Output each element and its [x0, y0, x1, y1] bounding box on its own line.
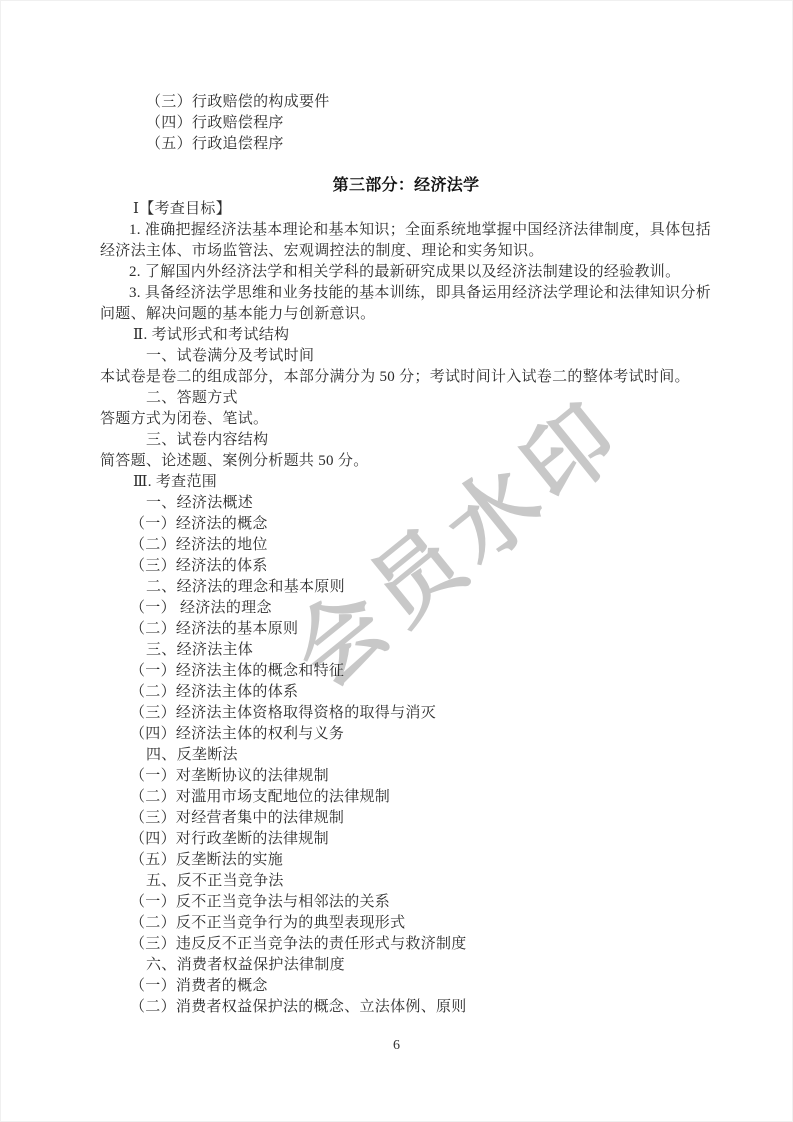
- document-line: （四）行政赔偿程序: [100, 113, 712, 134]
- document-line: （二）经济法的地位: [100, 535, 712, 556]
- document-line: （三）违反反不正当竞争法的责任形式与救济制度: [100, 934, 712, 955]
- document-line: （三）对经营者集中的法律规制: [100, 808, 712, 829]
- document-line: 五、反不正当竞争法: [100, 871, 712, 892]
- document-line: 1. 准确把握经济法基本理论和基本知识；全面系统地掌握中国经济法律制度，具体包括: [100, 220, 712, 241]
- document-line: 三、经济法主体: [100, 640, 712, 661]
- document-line: Ⅲ. 考查范围: [100, 472, 712, 493]
- document-line: （二）反不正当竞争行为的典型表现形式: [100, 913, 712, 934]
- document-line: 问题、解决问题的基本能力与创新意识。: [100, 304, 712, 325]
- document-line: 四、反垄断法: [100, 745, 712, 766]
- document-line: 经济法主体、市场监管法、宏观调控法的制度、理论和实务知识。: [100, 241, 712, 262]
- document-line: 本试卷是卷二的组成部分，本部分满分为 50 分；考试时间计入试卷二的整体考试时间…: [100, 367, 712, 388]
- document-line: （三）经济法的体系: [100, 556, 712, 577]
- document-line: 六、消费者权益保护法律制度: [100, 955, 712, 976]
- document-line: （四）对行政垄断的法律规制: [100, 829, 712, 850]
- document-line: （二）对滥用市场支配地位的法律规制: [100, 787, 712, 808]
- page-number: 6: [0, 1038, 793, 1054]
- document-content: （三）行政赔偿的构成要件（四）行政赔偿程序（五）行政追偿程序第三部分：经济法学Ⅰ…: [100, 92, 712, 1018]
- document-line: 3. 具备经济法学思维和业务技能的基本训练，即具备运用经济法学理论和法律知识分析: [100, 283, 712, 304]
- pdf-page: 会员水印 （三）行政赔偿的构成要件（四）行政赔偿程序（五）行政追偿程序第三部分：…: [0, 0, 793, 1122]
- document-line: 简答题、论述题、案例分析题共 50 分。: [100, 451, 712, 472]
- document-line: Ⅰ【考查目标】: [100, 199, 712, 220]
- document-lines: （三）行政赔偿的构成要件（四）行政赔偿程序（五）行政追偿程序第三部分：经济法学Ⅰ…: [100, 92, 712, 1018]
- document-line: 二、经济法的理念和基本原则: [100, 577, 712, 598]
- document-line: （一）经济法主体的概念和特征: [100, 661, 712, 682]
- document-line: （一）反不正当竞争法与相邻法的关系: [100, 892, 712, 913]
- document-line: 二、答题方式: [100, 388, 712, 409]
- document-line: 2. 了解国内外经济法学和相关学科的最新研究成果以及经济法制建设的经验教训。: [100, 262, 712, 283]
- document-line: 答题方式为闭卷、笔试。: [100, 409, 712, 430]
- document-line: （一） 经济法的理念: [100, 598, 712, 619]
- document-line: （二）消费者权益保护法的概念、立法体例、原则: [100, 997, 712, 1018]
- document-line: 三、试卷内容结构: [100, 430, 712, 451]
- document-line: （五）反垄断法的实施: [100, 850, 712, 871]
- document-line: （二）经济法主体的体系: [100, 682, 712, 703]
- document-line: （一）经济法的概念: [100, 514, 712, 535]
- document-line: 一、试卷满分及考试时间: [100, 346, 712, 367]
- document-line: （三）行政赔偿的构成要件: [100, 92, 712, 113]
- document-line: Ⅱ. 考试形式和考试结构: [100, 325, 712, 346]
- document-line: （四）经济法主体的权利与义务: [100, 724, 712, 745]
- document-line: （一）对垄断协议的法律规制: [100, 766, 712, 787]
- document-line: （三）经济法主体资格取得资格的取得与消灭: [100, 703, 712, 724]
- document-line: （二）经济法的基本原则: [100, 619, 712, 640]
- document-line: （五）行政追偿程序: [100, 134, 712, 155]
- part-title: 第三部分：经济法学: [100, 175, 712, 196]
- document-line: 一、经济法概述: [100, 493, 712, 514]
- document-line: （一）消费者的概念: [100, 976, 712, 997]
